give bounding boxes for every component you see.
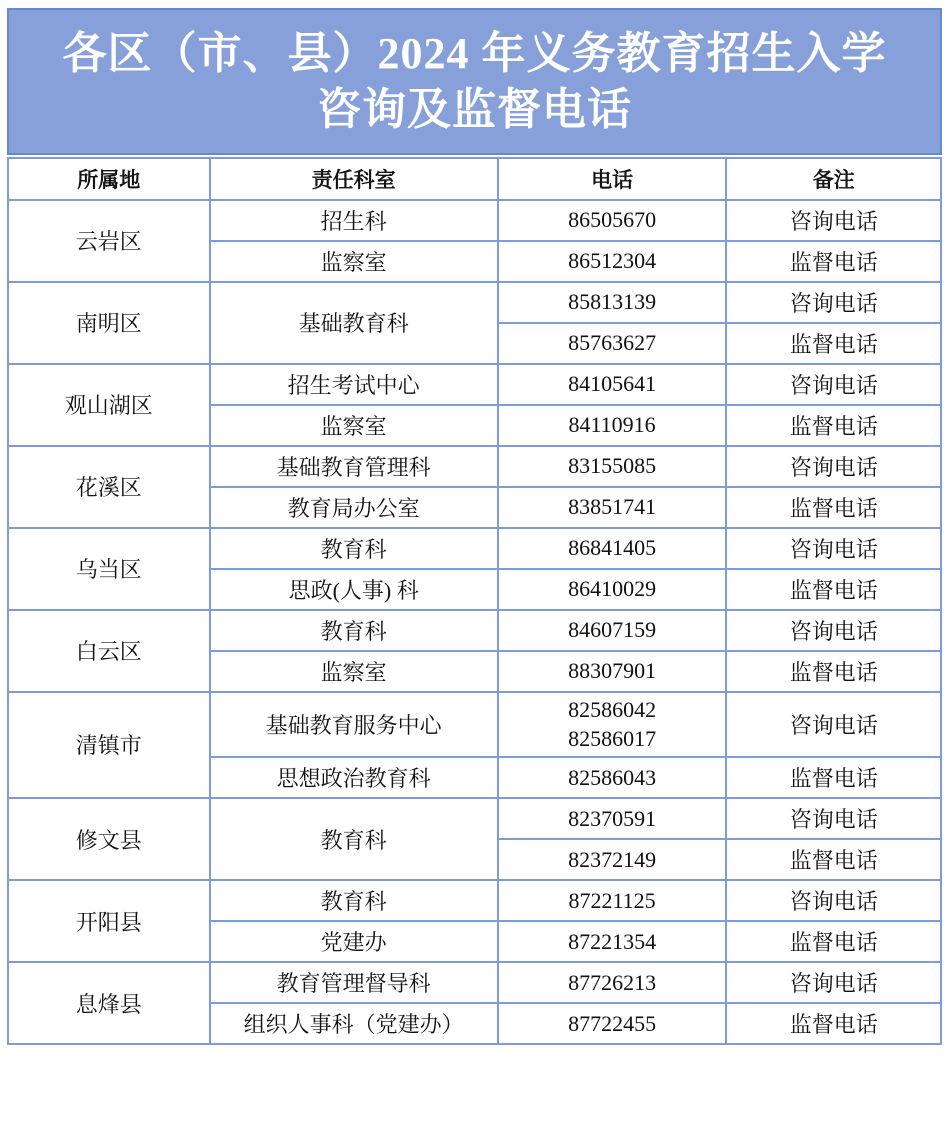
district-cell: 白云区: [8, 610, 210, 692]
district-cell: 开阳县: [8, 880, 210, 962]
phone-cell: 85813139: [498, 282, 727, 323]
note-cell: 咨询电话: [726, 962, 941, 1003]
table-row: 息烽县教育管理督导科87726213咨询电话: [8, 962, 941, 1003]
note-cell: 咨询电话: [726, 446, 941, 487]
note-cell: 监督电话: [726, 569, 941, 610]
table-row: 观山湖区招生考试中心84105641咨询电话: [8, 364, 941, 405]
note-cell: 咨询电话: [726, 692, 941, 757]
note-cell: 监督电话: [726, 323, 941, 364]
table-row: 修文县教育科82370591咨询电话: [8, 798, 941, 839]
phone-number: 82372149: [503, 845, 722, 875]
district-cell: 乌当区: [8, 528, 210, 610]
department-cell: 招生考试中心: [210, 364, 498, 405]
page: 各区（市、县）2024 年义务教育招生入学 咨询及监督电话 所属地 责任科室 电…: [0, 0, 949, 1053]
note-cell: 咨询电话: [726, 798, 941, 839]
department-cell: 监察室: [210, 241, 498, 282]
phone-cell: 84110916: [498, 405, 727, 446]
department-cell: 基础教育科: [210, 282, 498, 364]
phone-cell: 87221125: [498, 880, 727, 921]
phone-number: 88307901: [503, 656, 722, 686]
department-cell: 教育局办公室: [210, 487, 498, 528]
note-cell: 咨询电话: [726, 528, 941, 569]
note-cell: 监督电话: [726, 839, 941, 880]
phone-cell: 82372149: [498, 839, 727, 880]
phone-number: 84105641: [503, 369, 722, 399]
note-cell: 监督电话: [726, 921, 941, 962]
note-cell: 监督电话: [726, 487, 941, 528]
phone-cell: 86505670: [498, 200, 727, 241]
phone-cell: 87221354: [498, 921, 727, 962]
note-cell: 监督电话: [726, 757, 941, 798]
district-cell: 南明区: [8, 282, 210, 364]
phone-cell: 83155085: [498, 446, 727, 487]
phone-cell: 84607159: [498, 610, 727, 651]
phone-number: 84607159: [503, 615, 722, 645]
department-cell: 监察室: [210, 405, 498, 446]
department-cell: 基础教育管理科: [210, 446, 498, 487]
header-phone: 电话: [498, 158, 727, 200]
department-cell: 教育科: [210, 798, 498, 880]
phone-number: 85813139: [503, 287, 722, 317]
district-cell: 修文县: [8, 798, 210, 880]
note-cell: 监督电话: [726, 405, 941, 446]
district-cell: 云岩区: [8, 200, 210, 282]
department-cell: 教育科: [210, 528, 498, 569]
phone-cell: 86841405: [498, 528, 727, 569]
phone-number: 86410029: [503, 574, 722, 604]
header-note: 备注: [726, 158, 941, 200]
table-row: 南明区基础教育科85813139咨询电话: [8, 282, 941, 323]
phone-number: 87221354: [503, 927, 722, 957]
phone-number: 87726213: [503, 968, 722, 998]
phone-number: 82370591: [503, 804, 722, 834]
phone-cell: 87722455: [498, 1003, 727, 1044]
phone-number: 82586017: [503, 724, 722, 754]
department-cell: 党建办: [210, 921, 498, 962]
phone-number: 82586042: [503, 695, 722, 725]
phone-cell: 83851741: [498, 487, 727, 528]
table-row: 开阳县教育科87221125咨询电话: [8, 880, 941, 921]
note-cell: 咨询电话: [726, 610, 941, 651]
phone-number: 83851741: [503, 492, 722, 522]
department-cell: 思想政治教育科: [210, 757, 498, 798]
note-cell: 咨询电话: [726, 200, 941, 241]
department-cell: 基础教育服务中心: [210, 692, 498, 757]
note-cell: 监督电话: [726, 651, 941, 692]
phone-cell: 8258604282586017: [498, 692, 727, 757]
phone-cell: 82370591: [498, 798, 727, 839]
department-cell: 招生科: [210, 200, 498, 241]
table-row: 白云区教育科84607159咨询电话: [8, 610, 941, 651]
phone-cell: 85763627: [498, 323, 727, 364]
district-cell: 观山湖区: [8, 364, 210, 446]
phone-cell: 82586043: [498, 757, 727, 798]
phone-number: 84110916: [503, 410, 722, 440]
contact-table: 所属地 责任科室 电话 备注 云岩区招生科86505670咨询电话监察室8651…: [7, 157, 942, 1045]
department-cell: 教育管理督导科: [210, 962, 498, 1003]
phone-number: 86512304: [503, 246, 722, 276]
phone-number: 82586043: [503, 763, 722, 793]
district-cell: 花溪区: [8, 446, 210, 528]
department-cell: 教育科: [210, 880, 498, 921]
page-title-line1: 各区（市、县）2024 年义务教育招生入学: [15, 26, 934, 82]
phone-number: 85763627: [503, 328, 722, 358]
phone-cell: 87726213: [498, 962, 727, 1003]
phone-cell: 84105641: [498, 364, 727, 405]
table-row: 花溪区基础教育管理科83155085咨询电话: [8, 446, 941, 487]
district-cell: 清镇市: [8, 692, 210, 798]
note-cell: 咨询电话: [726, 282, 941, 323]
phone-cell: 86410029: [498, 569, 727, 610]
phone-number: 86505670: [503, 205, 722, 235]
department-cell: 思政(人事) 科: [210, 569, 498, 610]
department-cell: 教育科: [210, 610, 498, 651]
phone-number: 87722455: [503, 1009, 722, 1039]
note-cell: 咨询电话: [726, 880, 941, 921]
header-location: 所属地: [8, 158, 210, 200]
phone-number: 86841405: [503, 533, 722, 563]
table-header-row: 所属地 责任科室 电话 备注: [8, 158, 941, 200]
header-department: 责任科室: [210, 158, 498, 200]
table-row: 清镇市基础教育服务中心8258604282586017咨询电话: [8, 692, 941, 757]
note-cell: 咨询电话: [726, 364, 941, 405]
department-cell: 组织人事科（党建办）: [210, 1003, 498, 1044]
phone-number: 83155085: [503, 451, 722, 481]
phone-cell: 88307901: [498, 651, 727, 692]
table-body: 云岩区招生科86505670咨询电话监察室86512304监督电话南明区基础教育…: [8, 200, 941, 1044]
district-cell: 息烽县: [8, 962, 210, 1044]
page-title-line2: 咨询及监督电话: [15, 82, 934, 138]
phone-cell: 86512304: [498, 241, 727, 282]
table-row: 乌当区教育科86841405咨询电话: [8, 528, 941, 569]
note-cell: 监督电话: [726, 1003, 941, 1044]
phone-number: 87221125: [503, 886, 722, 916]
department-cell: 监察室: [210, 651, 498, 692]
note-cell: 监督电话: [726, 241, 941, 282]
title-banner: 各区（市、县）2024 年义务教育招生入学 咨询及监督电话: [7, 8, 942, 155]
table-row: 云岩区招生科86505670咨询电话: [8, 200, 941, 241]
